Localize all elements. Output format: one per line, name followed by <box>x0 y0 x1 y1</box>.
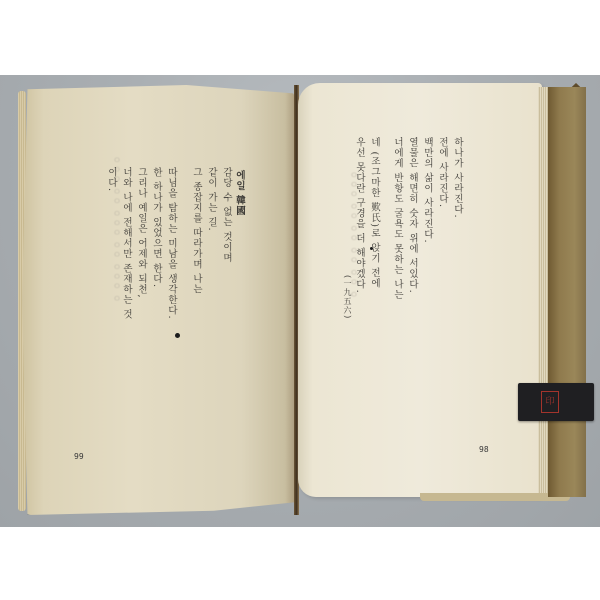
left-poem-body: 감당 수 없는 것이며 같이 가는 길. 그 종잡지를 따라가며 나는 따님을 … <box>104 167 234 327</box>
right-page-number: 98 <box>479 445 489 454</box>
right-page-date: (一九五六) <box>340 275 355 335</box>
poem-line: 같이 가는 길. <box>204 167 219 327</box>
bookmark-ribbon: 印 <box>518 383 594 421</box>
poem-line: 따님을 탐하는 미남을 생각한다. <box>164 167 179 327</box>
poem-line: 감당 수 없는 것이며 <box>219 167 234 327</box>
poem-line: 백만의 삶이 사라진다. <box>420 137 435 307</box>
poem-line: 너와 나에 전해서만 존재하는 것이다. <box>104 167 134 327</box>
left-page-mark <box>175 333 180 338</box>
poem-line: 하나가 사라진다. <box>450 137 465 307</box>
poem-line: 그 종잡지를 따라가며 나는 <box>189 167 204 327</box>
right-poem-body: 하나가 사라진다. 전에 사라진다. 백만의 삶이 사라진다. 열물은 해면히 … <box>352 137 465 307</box>
book-cover-back <box>548 87 586 497</box>
seal-stamp-icon: 印 <box>541 391 559 413</box>
poem-line: 열물은 해면히 숫자 위에 서있다. <box>405 137 420 307</box>
left-page-number: 99 <box>74 452 84 461</box>
poem-line: 네 (조그마한 歎氏)로 앉기 전에 <box>367 137 382 307</box>
poem-line: 너에게 반항도 굴욕도 못하는 나는 <box>390 137 405 307</box>
photo-background: ㅇㅇㅇ ㅇㅇ ㅇㅇㅇ ㅇㅇ ㅇㅇㅇ ㅇ ㅇㅇㅇ ㅇㅇ ㅇㅇ ㅇㅇ ㅇㅇ ㅇ 에일… <box>0 75 600 527</box>
right-page-mark <box>370 247 373 250</box>
poem-line: 전에 사라진다. <box>435 137 450 307</box>
poem-line: 그리나 예일은 어제와 되천, <box>134 167 149 327</box>
poem-line: 한 하나가 있었으면 한다. <box>149 167 164 327</box>
left-poem-title: 에일 韓國 <box>232 170 247 300</box>
